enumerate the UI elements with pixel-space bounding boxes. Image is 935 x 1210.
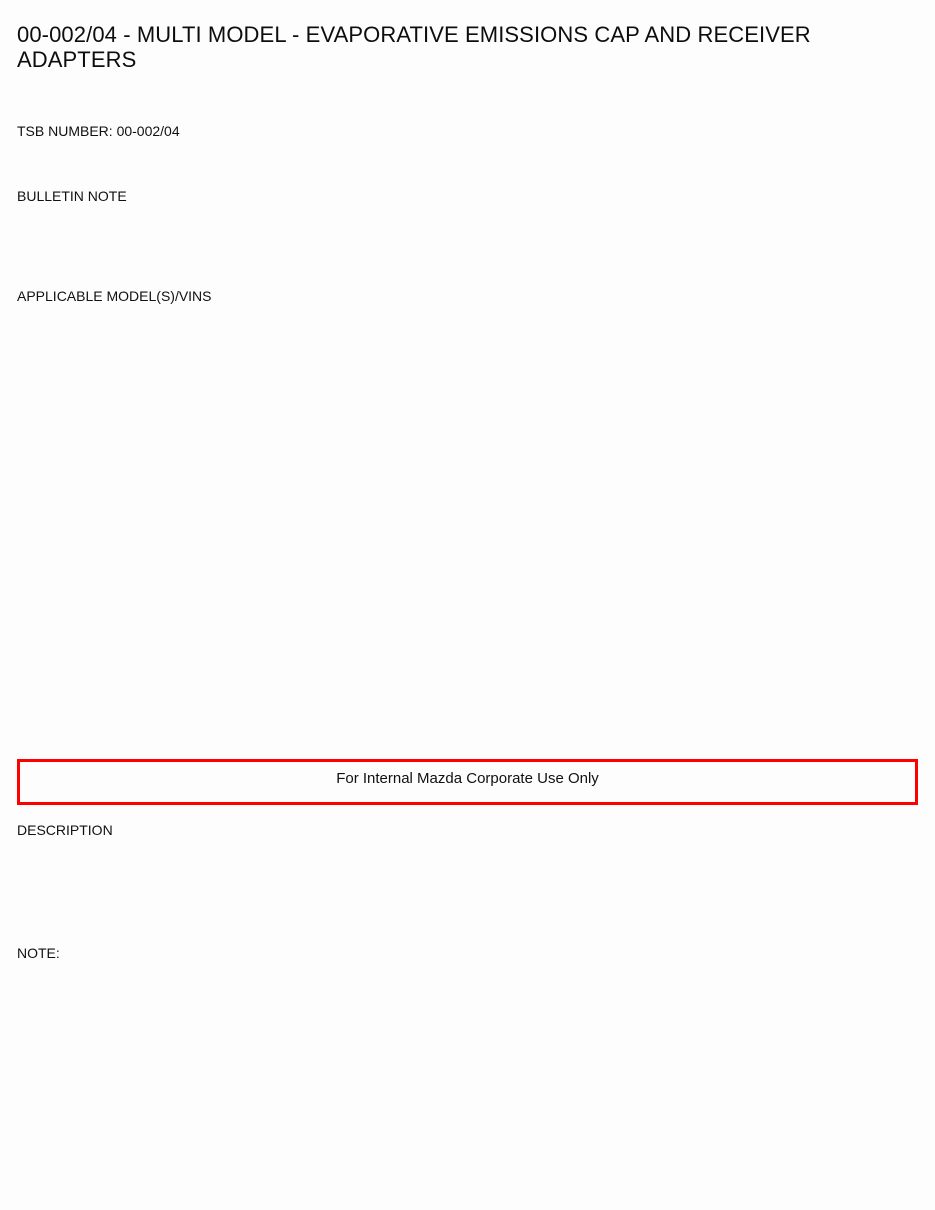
section-heading-applicable-models: APPLICABLE MODEL(S)/VINS [17, 288, 212, 304]
section-heading-description: DESCRIPTION [17, 822, 113, 838]
tsb-number: TSB NUMBER: 00-002/04 [17, 123, 180, 139]
section-heading-note: NOTE: [17, 945, 60, 961]
internal-use-notice-text: For Internal Mazda Corporate Use Only [20, 770, 915, 787]
bulletin-title: 00-002/04 - MULTI MODEL - EVAPORATIVE EM… [17, 22, 897, 72]
internal-use-notice: For Internal Mazda Corporate Use Only [17, 759, 918, 805]
section-heading-bulletin-note: BULLETIN NOTE [17, 188, 127, 204]
